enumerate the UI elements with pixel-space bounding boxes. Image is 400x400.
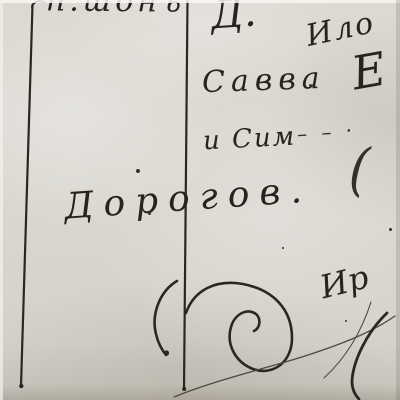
handwritten-line2-dashes: – – ·: [296, 120, 356, 144]
handwritten-initial-d: Д.: [210, 0, 258, 36]
scan-edge-left: [0, 0, 3, 400]
ink-speck: [148, 212, 151, 215]
scan-edge-right: [396, 0, 400, 400]
ink-speck: [389, 228, 392, 231]
manuscript-scan: п.шонъ Д. Ило Савва Е и Сим – – · ( Доро…: [0, 0, 400, 400]
ink-speck: [282, 247, 284, 249]
scan-edge-top: [0, 0, 400, 3]
handwritten-name: Савва: [202, 64, 327, 98]
ink-speck: [136, 169, 140, 173]
signature-flourish: [155, 281, 395, 399]
ink-speck: [309, 84, 312, 87]
ink-speck: [345, 320, 347, 322]
handwritten-line2: и Сим: [202, 124, 296, 155]
handwritten-initial-e: Е: [348, 45, 389, 96]
column-rule-left: [19, 1, 44, 388]
